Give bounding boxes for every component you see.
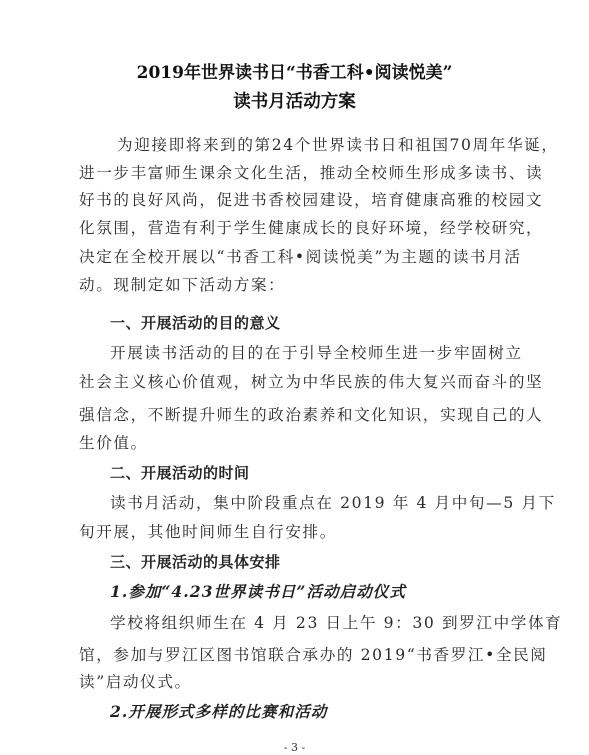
paragraph-line: 决定在全校开展以“书香工科•阅读悦美”为主题的读书月活	[79, 247, 522, 267]
paragraph-line: 读书月活动，集中阶段重点在 2019 年 4 月中旬—5 月下	[110, 493, 556, 513]
paragraph-line: 动。现制定如下活动方案：	[79, 275, 285, 295]
paragraph-line: 好书的良好风尚，促进书香校园建设，培育健康高雅的校园文	[79, 190, 543, 210]
paragraph-line: 旬开展，其他时间师生自行安排。	[79, 522, 337, 542]
paragraph-line: 为迎接即将来到的第24个世界读书日和祖国70周年华诞，	[117, 135, 559, 155]
paragraph-line: 开展读书活动的目的在于引导全校师生进一步牢固树立	[110, 343, 523, 363]
subsection-heading: 2.开展形式多样的比赛和活动	[110, 702, 327, 722]
paragraph-line: 化氛围，营造有利于学生健康成长的良好环境，经学校研究，	[79, 218, 543, 238]
page-number: - 3 -	[0, 741, 589, 754]
document-title-line1: 2019年世界读书日“书香工科•阅读悦美”	[0, 58, 589, 83]
paragraph-line: 强信念，不断提升师生的政治素养和文化知识，实现自己的人	[79, 405, 543, 425]
paragraph-line: 生价值。	[79, 433, 148, 453]
paragraph-line: 读”启动仪式。	[79, 672, 192, 692]
section-heading: 一、开展活动的目的意义	[110, 313, 281, 333]
paragraph-line: 社会主义核心价值观，树立为中华民族的伟大复兴而奋斗的坚	[79, 372, 543, 392]
section-heading: 三、开展活动的具体安排	[110, 552, 281, 572]
paragraph-line: 馆，参加与罗江区图书馆联合承办的 2019“书香罗江•全民阅	[79, 645, 547, 665]
subsection-heading: 1.参加“4.23世界读书日”活动启动仪式	[110, 582, 406, 602]
paragraph-line: 学校将组织师生在 4 月 23 日上午 9：30 到罗江中学体育	[110, 613, 562, 633]
paragraph-line: 进一步丰富师生课余文化生活，推动全校师生形成多读书、读	[79, 163, 543, 183]
section-heading: 二、开展活动的时间	[110, 463, 250, 483]
document-title-line2: 读书月活动方案	[0, 88, 589, 113]
